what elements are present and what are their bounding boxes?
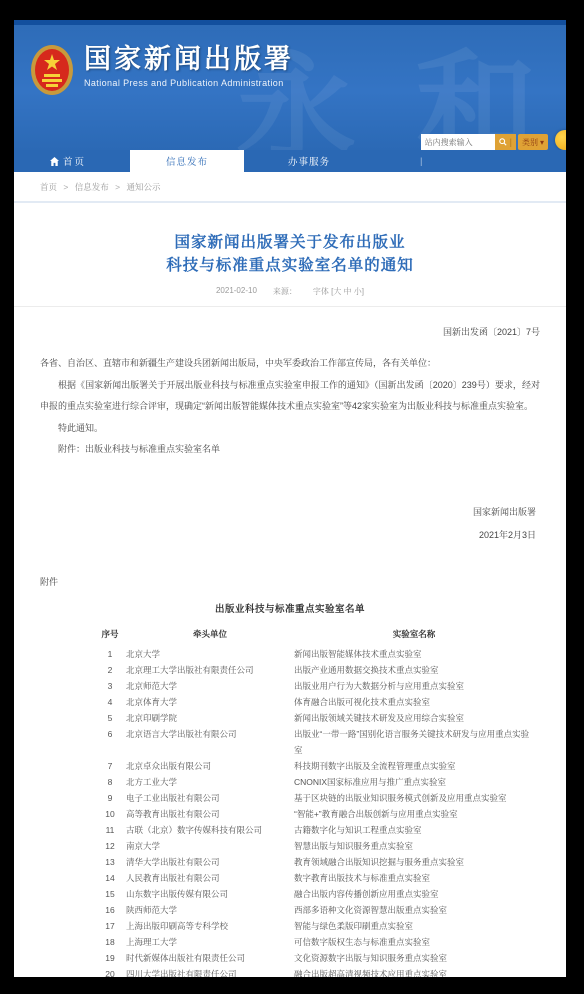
nav-services-label: 办事服务: [288, 154, 330, 168]
lab-name-cell: 数字教育出版技术与标准重点实验室: [294, 870, 534, 886]
unit-cell: 北方工业大学: [126, 774, 294, 790]
table-row: 6北京语言大学出版社有限公司出版业“一带一路”国别化语言服务关键技术研发与应用重…: [94, 726, 534, 758]
row-no-cell: 12: [94, 838, 126, 854]
search-category-label: 类别: [522, 137, 538, 148]
search-input[interactable]: [421, 134, 495, 150]
breadcrumb-info-release[interactable]: 信息发布: [75, 182, 109, 192]
site-brand[interactable]: 国家新闻出版署 National Press and Publication A…: [30, 44, 294, 96]
site-title: 国家新闻出版署: [84, 44, 294, 74]
attachment-reference[interactable]: 附件：出版业科技与标准重点实验室名单: [40, 439, 540, 461]
table-header-row: 序号 牵头单位 实验室名称: [94, 626, 534, 646]
row-no-cell: 11: [94, 822, 126, 838]
row-no-cell: 9: [94, 790, 126, 806]
nav-item-home[interactable]: 首页: [50, 150, 86, 172]
table-row: 16陕西师范大学西部多语种文化资源智慧出版重点实验室: [94, 902, 534, 918]
unit-cell: 四川大学出版社有限责任公司: [126, 966, 294, 978]
lab-name-cell: “智能+”教育融合出版创新与应用重点实验室: [294, 806, 534, 822]
table-row: 3北京师范大学出版业用户行为大数据分析与应用重点实验室: [94, 678, 534, 694]
unit-cell: 上海理工大学: [126, 934, 294, 950]
lab-name-cell: 新闻出版领域关键技术研发及应用综合实验室: [294, 710, 534, 726]
header-no: 序号: [94, 626, 126, 646]
unit-cell: 北京大学: [126, 646, 294, 662]
lab-name-cell: 出版业用户行为大数据分析与应用重点实验室: [294, 678, 534, 694]
table-row: 7北京卓众出版有限公司科技期刊数字出版及全流程管理重点实验室: [94, 758, 534, 774]
table-row: 8北方工业大学CNONIX国家标准应用与推广重点实验室: [94, 774, 534, 790]
lab-name-cell: 出版产业通用数据交换技术重点实验室: [294, 662, 534, 678]
lab-name-cell: 基于区块链的出版业知识服务模式创新及应用重点实验室: [294, 790, 534, 806]
lab-name-cell: 文化资源数字出版与知识服务重点实验室: [294, 950, 534, 966]
table-row: 2北京理工大学出版社有限责任公司出版产业通用数据交换技术重点实验室: [94, 662, 534, 678]
table-row: 4北京体育大学体育融合出版可视化技术重点实验室: [94, 694, 534, 710]
lab-table: 序号 牵头单位 实验室名称 1北京大学新闻出版智能媒体技术重点实验室2北京理工大…: [94, 626, 534, 978]
table-row: 13清华大学出版社有限公司教育领域融合出版知识挖掘与服务重点实验室: [94, 854, 534, 870]
source-label: 来源：: [273, 286, 297, 297]
breadcrumb: 首页 > 信息发布 > 通知公示: [14, 172, 566, 203]
lab-name-cell: 西部多语种文化资源智慧出版重点实验室: [294, 902, 534, 918]
publish-date: 2021-02-10: [216, 286, 257, 297]
row-no-cell: 20: [94, 966, 126, 978]
lab-name-cell: 教育领域融合出版知识挖掘与服务重点实验室: [294, 854, 534, 870]
row-no-cell: 1: [94, 646, 126, 662]
unit-cell: 电子工业出版社有限公司: [126, 790, 294, 806]
row-no-cell: 6: [94, 726, 126, 758]
unit-cell: 时代新媒体出版社有限责任公司: [126, 950, 294, 966]
signer-name: 国家新闻出版署: [14, 501, 536, 524]
nav-item-services[interactable]: 办事服务: [254, 150, 364, 172]
nav-home-label: 首页: [63, 154, 86, 168]
row-no-cell: 10: [94, 806, 126, 822]
article-title-line1: 国家新闻出版署关于发布出版业: [14, 231, 566, 254]
site-page: 永 和 国家新闻出版署 National Press and Publicati…: [14, 20, 566, 977]
table-row: 17上海出版印刷高等专科学校智能与绿色柔版印刷重点实验室: [94, 918, 534, 934]
lab-name-cell: CNONIX国家标准应用与推广重点实验室: [294, 774, 534, 790]
unit-cell: 北京理工大学出版社有限责任公司: [126, 662, 294, 678]
accessibility-badge-icon[interactable]: [555, 130, 566, 150]
unit-cell: 高等教育出版社有限公司: [126, 806, 294, 822]
article-title: 国家新闻出版署关于发布出版业 科技与标准重点实验室名单的通知: [14, 231, 566, 277]
chevron-down-icon: ▾: [540, 138, 544, 147]
table-row: 1北京大学新闻出版智能媒体技术重点实验室: [94, 646, 534, 662]
salutation: 各省、自治区、直辖市和新疆生产建设兵团新闻出版局，中央军委政治工作部宣传局，各有…: [40, 353, 540, 375]
table-row: 10高等教育出版社有限公司“智能+”教育融合出版创新与应用重点实验室: [94, 806, 534, 822]
row-no-cell: 17: [94, 918, 126, 934]
breadcrumb-current: 通知公示: [126, 182, 160, 192]
meta-divider: [14, 306, 566, 307]
lab-name-cell: 古籍数字化与知识工程重点实验室: [294, 822, 534, 838]
table-row: 20四川大学出版社有限责任公司融合出版超高清视频技术应用重点实验室: [94, 966, 534, 978]
unit-cell: 陕西师范大学: [126, 902, 294, 918]
row-no-cell: 8: [94, 774, 126, 790]
attachment-table-title: 出版业科技与标准重点实验室名单: [14, 601, 566, 615]
unit-cell: 人民教育出版社有限公司: [126, 870, 294, 886]
row-no-cell: 16: [94, 902, 126, 918]
unit-cell: 北京印刷学院: [126, 710, 294, 726]
site-header: 永 和 国家新闻出版署 National Press and Publicati…: [14, 20, 566, 150]
nav-divider: |: [420, 150, 422, 172]
lab-name-cell: 融合出版内容传播创新应用重点实验室: [294, 886, 534, 902]
lab-name-cell: 科技期刊数字出版及全流程管理重点实验室: [294, 758, 534, 774]
lab-name-cell: 智慧出版与知识服务重点实验室: [294, 838, 534, 854]
unit-cell: 古联（北京）数字传媒科技有限公司: [126, 822, 294, 838]
signature-block: 国家新闻出版署 2021年2月3日: [14, 501, 536, 547]
unit-cell: 山东数字出版传媒有限公司: [126, 886, 294, 902]
row-no-cell: 4: [94, 694, 126, 710]
nav-info-release-label: 信息发布: [166, 154, 208, 168]
row-no-cell: 7: [94, 758, 126, 774]
row-no-cell: 19: [94, 950, 126, 966]
lab-name-cell: 可信数字版权生态与标准重点实验室: [294, 934, 534, 950]
nav-item-info-release[interactable]: 信息发布: [130, 150, 244, 172]
table-row: 9电子工业出版社有限公司基于区块链的出版业知识服务模式创新及应用重点实验室: [94, 790, 534, 806]
breadcrumb-separator: >: [63, 182, 68, 192]
table-row: 15山东数字出版传媒有限公司融合出版内容传播创新应用重点实验室: [94, 886, 534, 902]
search-divider: |: [510, 137, 512, 147]
font-size-control[interactable]: 字体 [大 中 小]: [313, 286, 364, 297]
table-row: 12南京大学智慧出版与知识服务重点实验室: [94, 838, 534, 854]
unit-cell: 北京卓众出版有限公司: [126, 758, 294, 774]
table-row: 19时代新媒体出版社有限责任公司文化资源数字出版与知识服务重点实验室: [94, 950, 534, 966]
national-emblem-icon: [30, 44, 74, 96]
search-icon: [499, 138, 507, 146]
row-no-cell: 14: [94, 870, 126, 886]
row-no-cell: 15: [94, 886, 126, 902]
table-row: 11古联（北京）数字传媒科技有限公司古籍数字化与知识工程重点实验室: [94, 822, 534, 838]
table-row: 14人民教育出版社有限公司数字教育出版技术与标准重点实验室: [94, 870, 534, 886]
lab-name-cell: 新闻出版智能媒体技术重点实验室: [294, 646, 534, 662]
paragraph-closing: 特此通知。: [40, 418, 540, 440]
lab-name-cell: 融合出版超高清视频技术应用重点实验室: [294, 966, 534, 978]
lab-name-cell: 智能与绿色柔版印刷重点实验室: [294, 918, 534, 934]
paragraph-main: 根据《国家新闻出版署关于开展出版业科技与标准重点实验室申报工作的通知》（国新出发…: [40, 375, 540, 418]
unit-cell: 上海出版印刷高等专科学校: [126, 918, 294, 934]
article-title-line2: 科技与标准重点实验室名单的通知: [14, 254, 566, 277]
header-unit: 牵头单位: [126, 626, 294, 646]
attachment-label: 附件: [40, 575, 566, 588]
row-no-cell: 13: [94, 854, 126, 870]
site-subtitle: National Press and Publication Administr…: [84, 78, 294, 88]
unit-cell: 北京师范大学: [126, 678, 294, 694]
site-search: | 类别 ▾: [421, 134, 548, 150]
row-no-cell: 2: [94, 662, 126, 678]
table-row: 5北京印刷学院新闻出版领域关键技术研发及应用综合实验室: [94, 710, 534, 726]
article-body: 各省、自治区、直辖市和新疆生产建设兵团新闻出版局，中央军委政治工作部宣传局，各有…: [40, 353, 540, 461]
signature-date: 2021年2月3日: [14, 524, 536, 547]
row-no-cell: 5: [94, 710, 126, 726]
main-nav: 首页 信息发布 办事服务 |: [14, 150, 566, 172]
header-lab: 实验室名称: [294, 626, 534, 646]
breadcrumb-home[interactable]: 首页: [40, 182, 57, 192]
article-meta: 2021-02-10 来源： 字体 [大 中 小]: [14, 286, 566, 297]
breadcrumb-separator: >: [115, 182, 120, 192]
unit-cell: 清华大学出版社有限公司: [126, 854, 294, 870]
lab-table-body: 1北京大学新闻出版智能媒体技术重点实验室2北京理工大学出版社有限责任公司出版产业…: [94, 646, 534, 978]
row-no-cell: 18: [94, 934, 126, 950]
home-icon: [50, 157, 59, 166]
row-no-cell: 3: [94, 678, 126, 694]
unit-cell: 北京体育大学: [126, 694, 294, 710]
lab-name-cell: 出版业“一带一路”国别化语言服务关键技术研发与应用重点实验室: [294, 726, 534, 758]
search-category-dropdown[interactable]: 类别 ▾: [518, 134, 548, 150]
document-number: 国新出发函〔2021〕7号: [40, 325, 540, 338]
lab-name-cell: 体育融合出版可视化技术重点实验室: [294, 694, 534, 710]
unit-cell: 南京大学: [126, 838, 294, 854]
search-button[interactable]: |: [495, 134, 516, 150]
unit-cell: 北京语言大学出版社有限公司: [126, 726, 294, 758]
table-row: 18上海理工大学可信数字版权生态与标准重点实验室: [94, 934, 534, 950]
